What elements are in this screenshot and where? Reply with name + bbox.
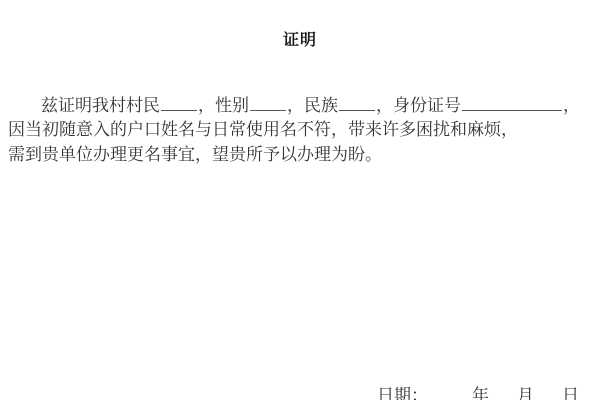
document-title: 证明 (0, 27, 600, 50)
ethnicity-label: ，民族 (287, 96, 338, 116)
gender-blank (250, 93, 286, 111)
line1-suffix: ， (563, 96, 580, 116)
document-body: 兹证明我村村民，性别，民族，身份证号， 因当初随意入的户口姓名与日常使用名不符，… (8, 93, 598, 168)
year-label: 年 (472, 386, 489, 400)
date-row: 日期：年月日 (377, 381, 579, 400)
month-label: 月 (517, 386, 534, 400)
name-blank (161, 93, 197, 111)
paragraph-line-3: 需到贵单位办理更名事宜，望贵所予以办理为盼。 (8, 143, 598, 168)
ethnicity-blank (339, 93, 375, 111)
line1-prefix: 兹证明我村村民 (41, 96, 160, 116)
date-label: 日期： (377, 386, 428, 400)
day-label: 日 (562, 386, 579, 400)
id-number-label: ，身份证号 (376, 96, 461, 116)
paragraph-line-1: 兹证明我村村民，性别，民族，身份证号， (8, 93, 598, 118)
paragraph-line-2: 因当初随意入的户口姓名与日常使用名不符，带来许多困扰和麻烦， (8, 118, 598, 143)
gender-label: ，性别 (198, 96, 249, 116)
id-number-blank (462, 93, 562, 111)
